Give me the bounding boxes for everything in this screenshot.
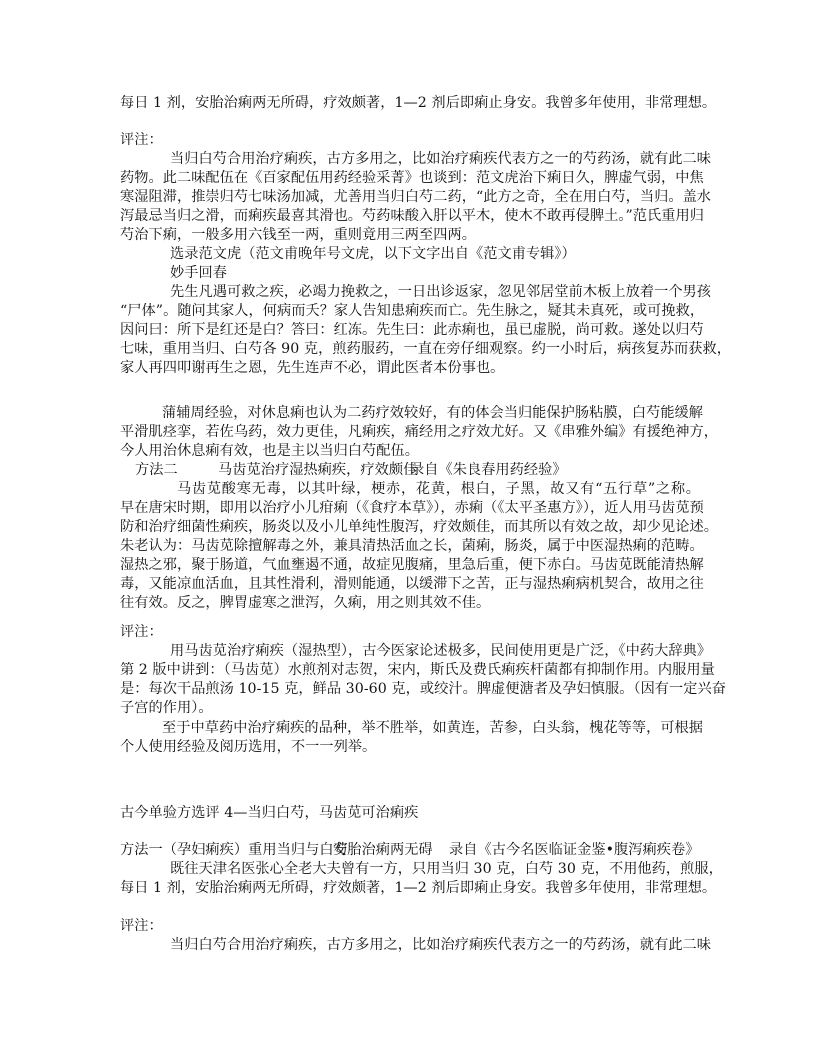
document-page: 每日 1 剂，安胎治痢两无所碍，疗效颇著，1—2 剂后即痢止身安。我曾多年使用，… [0, 0, 816, 1056]
story-title: 妙手回春 [170, 264, 700, 283]
paragraph-line: 药物。此二味配伍在《百家配伍用药经验采菁》也谈到：范文虎治下痢日久，脾虚气弱，中… [120, 169, 700, 188]
method-heading: 方法一（孕妇痢疾）重用当归与白芍 安胎治痢两无碍 录自《古今名医临证金鉴•腹泻痢… [120, 841, 700, 860]
paragraph-line: 防和治疗细菌性痢疾，肠炎以及小儿单纯性腹泻，疗效颇佳，而其所以有效之故，却少见论… [120, 518, 700, 537]
paragraph-line: 既往天津名医张心全老大夫曾有一方，只用当归 30 克，白芍 30 克，不用他药，… [170, 860, 700, 879]
comment-label: 评注： [120, 623, 700, 642]
section-heading: 古今单验方选评 4—当归白芍，马齿苋可治痢疾 [120, 804, 700, 823]
paragraph-line: 芍治下痢，一般多用六钱至一两，重则竟用三两至四两。 [120, 226, 700, 245]
paragraph-line: 寒湿阻滞，推崇归芍七味汤加减，尤善用当归白芍二药，“此方之奇，全在用白芍，当归。… [120, 188, 700, 207]
source-line: 选录范文虎（范文甫晚年号文虎，以下文字出自《范文甫专辑》） [170, 245, 700, 264]
paragraph-line: 今人用治休息痢有效，也是主以当归白芍配伍。 [120, 442, 700, 461]
method-label: 方法二 [135, 461, 178, 480]
paragraph-line: 泻最忌当归之滑，而痢疾最喜其滑也。芍药味酸入肝以平木，使木不敢再侵脾土。”范氏重… [120, 207, 700, 226]
method-source: 录自《朱良春用药经验》 [410, 461, 567, 480]
method-mid: 安胎治痢两无碍 [333, 841, 433, 860]
comment-label: 评注： [120, 917, 700, 936]
paragraph-line: 朱老认为：马齿苋除擅解毒之外，兼具清热活血之长，菌痢，肠炎，属于中医湿热痢的范畴… [120, 537, 700, 556]
paragraph-line: 子宫的作用）。 [120, 699, 700, 718]
paragraph-line: 湿热之邪，聚于肠道，气血壅遏不通，故症见腹痛，里急后重，便下赤白。马齿苋既能清热… [120, 556, 700, 575]
paragraph-line: 当归白芍合用治疗痢疾，古方多用之，比如治疗痢疾代表方之一的芍药汤，就有此二味 [170, 150, 700, 169]
comment-label: 评注： [120, 131, 700, 150]
paragraph-line: 个人使用经验及阅历选用，不一一列举。 [120, 738, 700, 757]
paragraph-line: 平滑肌痉挛，若佐乌药，效力更佳，凡痢疾，痛经用之疗效尤好。又《串雅外编》有援绝神… [120, 423, 700, 442]
paragraph-line: 每日 1 剂，安胎治痢两无所碍，疗效颇著，1—2 剂后即痢止身安。我曾多年使用，… [120, 94, 700, 113]
paragraph-line: 马齿苋酸寒无毒，以其叶绿，梗赤，花黄，根白，子黑，故又有“五行草”之称。 [177, 480, 700, 499]
paragraph-line: 蒲辅周经验，对休息痢也认为二药疗效较好，有的体会当归能保护肠粘膜，白芍能缓解 [162, 404, 700, 423]
paragraph-line: 每日 1 剂，安胎治痢两无所碍，疗效颇著，1—2 剂后即痢止身安。我曾多年使用，… [120, 879, 700, 898]
paragraph-line: 先生凡遇可救之疾，必竭力挽救之，一日出诊返家，忽见邻居堂前木板上放着一个男孩 [170, 283, 700, 302]
paragraph-line: 因问曰：所下是红还是白？答曰：红冻。先生曰：此赤痢也，虽已虚脱，尚可救。遂处以归… [120, 321, 700, 340]
method-source: 录自《古今名医临证金鉴•腹泻痢疾卷》 [449, 841, 699, 860]
method-title: 马齿苋治疗湿热痢疾，疗效颇佳 [218, 461, 417, 480]
paragraph-line: “尸体”。随问其家人，何病而夭？家人告知患痢疾而亡。先生脉之，疑其未真死，或可挽… [120, 302, 700, 321]
paragraph-line: 至于中草药中治疗痢疾的品种，举不胜举，如黄连，苦参，白头翁，槐花等等，可根据 [162, 719, 700, 738]
method-label: 方法一（孕妇痢疾）重用当归与白芍 [120, 842, 348, 858]
paragraph-line: 早在唐宋时期，即用以治疗小儿疳痢（《食疗本草》），赤痢（《太平圣惠方》），近人用… [120, 499, 700, 518]
paragraph-line: 毒，又能凉血活血，且其性滑利，滑则能通，以缓滞下之苦，正与湿热痢病机契合，故用之… [120, 575, 700, 594]
paragraph-line: 当归白芍合用治疗痢疾，古方多用之，比如治疗痢疾代表方之一的芍药汤，就有此二味 [170, 936, 700, 955]
paragraph-line: 是：每次干品煎汤 10-15 克，鲜品 30-60 克，或绞汁。脾虚便溏者及孕妇… [120, 680, 700, 699]
paragraph-line: 七味，重用当归、白芍各 90 克，煎药服药，一直在旁仔细观察。约一小时后，病孩复… [120, 340, 700, 359]
paragraph-line: 家人再四叩谢再生之恩，先生连声不必，谓此医者本份事也。 [120, 359, 700, 378]
paragraph-line: 往有效。反之，脾胃虚寒之泄泻，久痢，用之则其效不佳。 [120, 594, 700, 613]
paragraph-line: 第 2 版中讲到：（马齿苋）水煎剂对志贺，宋内，斯氏及费氏痢疾杆菌都有抑制作用。… [120, 661, 700, 680]
paragraph-line: 用马齿苋治疗痢疾（湿热型），古今医家论述极多，民间使用更是广泛，《中药大辞典》 [170, 642, 700, 661]
